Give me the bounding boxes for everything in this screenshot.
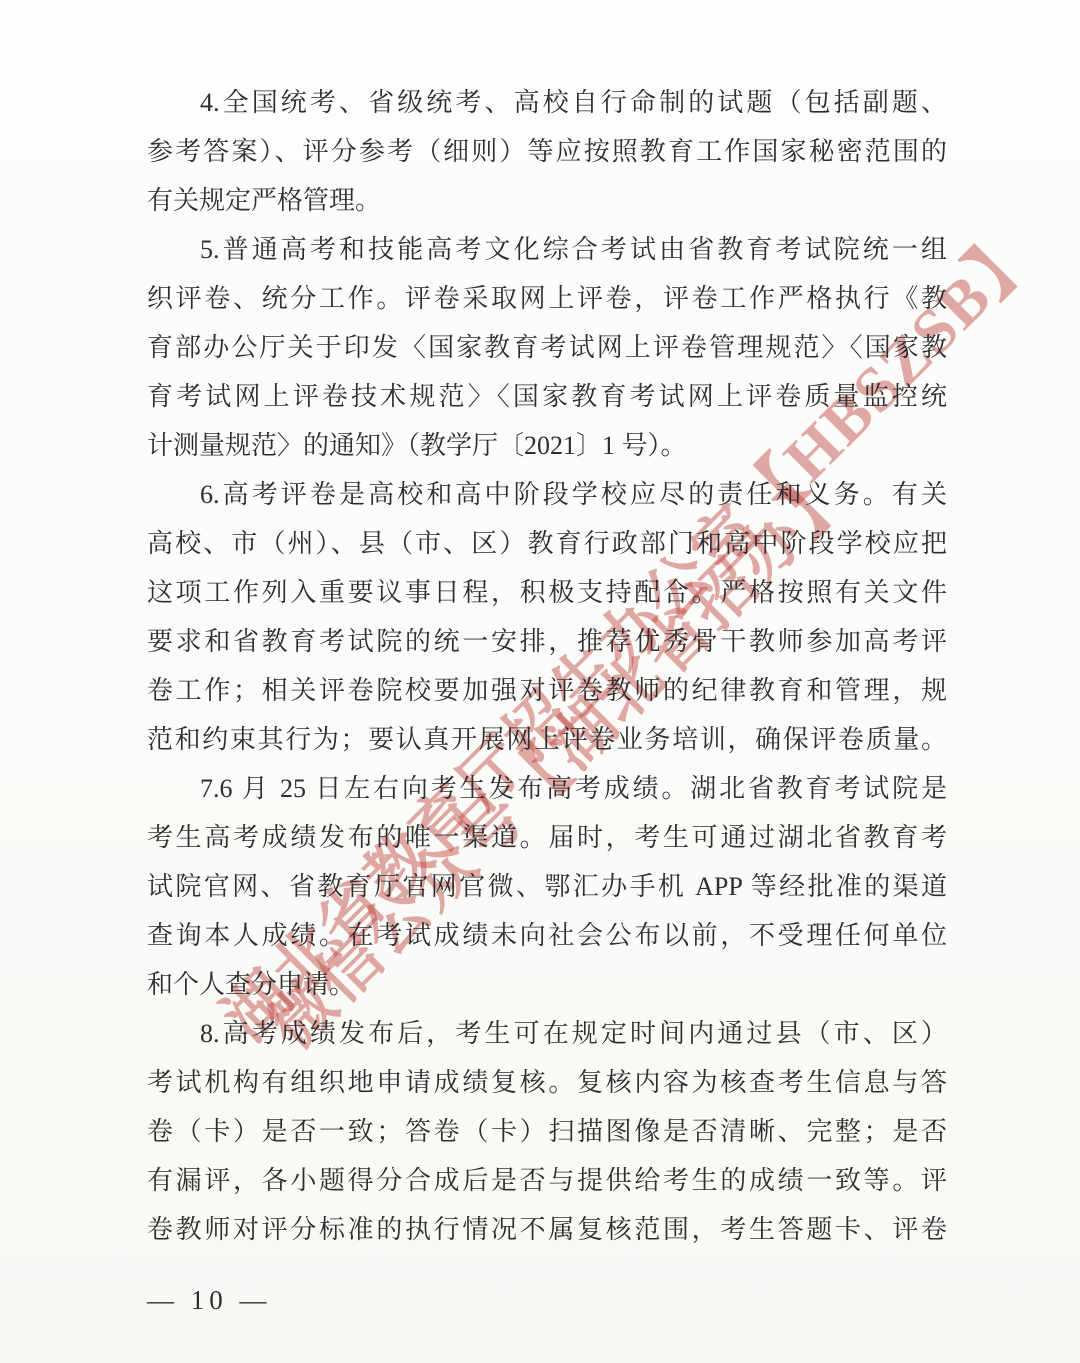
text-line: 5.普通高考和技能高考文化综合考试由省教育考试院统一组 (147, 225, 947, 274)
text-line: 这项工作列入重要议事日程，积极支持配合。严格按照有关文件 (147, 568, 947, 617)
text-line: 4.全国统考、省级统考、高校自行命制的试题（包括副题、 (147, 78, 947, 127)
page-number: — 10 — (147, 1285, 272, 1316)
paragraph-4: 7.6 月 25 日左右向考生发布高考成绩。湖北省教育考试院是考生高考成绩发布的… (147, 764, 947, 1009)
text-line: 有关规定严格管理。 (147, 176, 947, 225)
text-line: 考生高考成绩发布的唯一渠道。届时，考生可通过湖北省教育考 (147, 813, 947, 862)
text-line: 卷教师对评分标准的执行情况不属复核范围，考生答题卡、评卷 (147, 1205, 947, 1254)
document-body: 4.全国统考、省级统考、高校自行命制的试题（包括副题、参考答案）、评分参考（细则… (147, 78, 947, 1254)
text-line: 7.6 月 25 日左右向考生发布高考成绩。湖北省教育考试院是 (147, 764, 947, 813)
text-line: 参考答案）、评分参考（细则）等应按照教育工作国家秘密范围的 (147, 127, 947, 176)
text-line: 有漏评，各小题得分合成后是否与提供给考生的成绩一致等。评 (147, 1156, 947, 1205)
text-line: 和个人查分申请。 (147, 960, 947, 1009)
text-line: 高校、市（州）、县（市、区）教育行政部门和高中阶段学校应把 (147, 519, 947, 568)
document-page: 湖北省教育厅招生办公室【HBSZSB】 微信公众号【湖北省招办】 4.全国统考、… (0, 0, 1080, 1363)
text-line: 试院官网、省教育厅官网官微、鄂汇办手机 APP 等经批准的渠道 (147, 862, 947, 911)
text-line: 查询本人成绩。在考试成绩未向社会公布以前，不受理任何单位 (147, 911, 947, 960)
paragraph-1: 4.全国统考、省级统考、高校自行命制的试题（包括副题、参考答案）、评分参考（细则… (147, 78, 947, 225)
paragraph-2: 5.普通高考和技能高考文化综合考试由省教育考试院统一组织评卷、统分工作。评卷采取… (147, 225, 947, 470)
text-line: 要求和省教育考试院的统一安排，推荐优秀骨干教师参加高考评 (147, 617, 947, 666)
text-line: 6.高考评卷是高校和高中阶段学校应尽的责任和义务。有关 (147, 470, 947, 519)
text-line: 考试机构有组织地申请成绩复核。复核内容为核查考生信息与答 (147, 1058, 947, 1107)
text-line: 卷（卡）是否一致；答卷（卡）扫描图像是否清晰、完整；是否 (147, 1107, 947, 1156)
text-line: 织评卷、统分工作。评卷采取网上评卷，评卷工作严格执行《教 (147, 274, 947, 323)
text-line: 育考试网上评卷技术规范〉〈国家教育考试网上评卷质量监控统 (147, 372, 947, 421)
text-line: 卷工作；相关评卷院校要加强对评卷教师的纪律教育和管理，规 (147, 666, 947, 715)
text-line: 育部办公厅关于印发〈国家教育考试网上评卷管理规范〉〈国家教 (147, 323, 947, 372)
text-line: 计测量规范〉的通知》（教学厅〔2021〕1 号）。 (147, 421, 947, 470)
text-line: 8.高考成绩发布后，考生可在规定时间内通过县（市、区） (147, 1009, 947, 1058)
text-line: 范和约束其行为；要认真开展网上评卷业务培训，确保评卷质量。 (147, 715, 947, 764)
paragraph-3: 6.高考评卷是高校和高中阶段学校应尽的责任和义务。有关高校、市（州）、县（市、区… (147, 470, 947, 764)
paragraph-5: 8.高考成绩发布后，考生可在规定时间内通过县（市、区）考试机构有组织地申请成绩复… (147, 1009, 947, 1254)
